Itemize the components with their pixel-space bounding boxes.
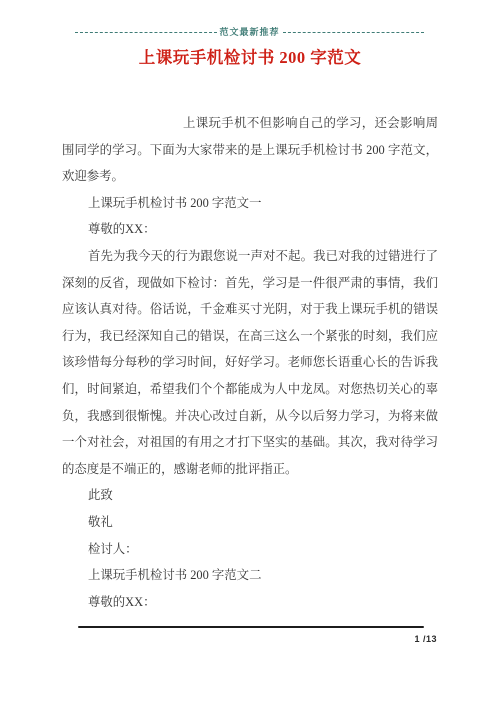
paragraph-salutation-2: 尊敬的XX： [62, 589, 438, 616]
footer-divider [78, 626, 424, 628]
paragraph-body-1: 首先为我今天的行为跟您说一声对不起。我已对我的过错进行了深刻的反省，现做如下检讨… [62, 243, 438, 482]
paragraph-closing-jingli: 敬礼 [62, 509, 438, 536]
paragraph-salutation-1: 尊敬的XX： [62, 216, 438, 243]
header-label: 范文最新推荐 [217, 26, 283, 38]
paragraph-intro: 上课玩手机不但影响自己的学习，还会影响周围同学的学习。下面为大家带来的是上课玩手… [62, 110, 438, 190]
paragraph-sample1-title: 上课玩手机检讨书 200 字范文一 [62, 190, 438, 217]
page-title: 上课玩手机检讨书 200 字范文 [0, 44, 500, 68]
header-dash-right [283, 32, 425, 33]
header-divider: 范文最新推荐 [75, 26, 424, 38]
document-page: 范文最新推荐 上课玩手机检讨书 200 字范文 上课玩手机不但影响自己的学习，还… [0, 0, 500, 708]
paragraph-signer: 检讨人： [62, 536, 438, 563]
paragraph-sample2-title: 上课玩手机检讨书 200 字范文二 [62, 562, 438, 589]
document-body: 上课玩手机不但影响自己的学习，还会影响周围同学的学习。下面为大家带来的是上课玩手… [62, 110, 438, 615]
paragraph-closing-cizhi: 此致 [62, 482, 438, 509]
header-dash-left [75, 32, 217, 33]
page-number: 1 /13 [414, 634, 437, 644]
